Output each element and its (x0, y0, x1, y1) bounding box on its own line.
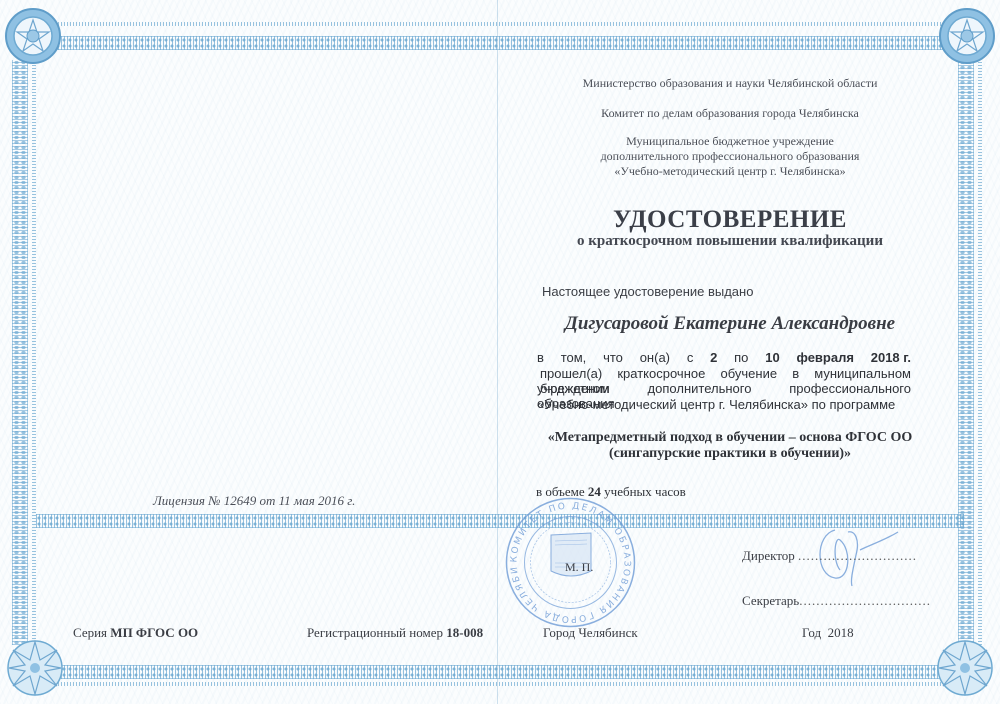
fold-line (497, 0, 498, 704)
stamp-place-label: М. П. (565, 560, 593, 575)
corner-rosette-icon (937, 6, 997, 66)
secretary-label: Секретарь (742, 593, 799, 608)
word: в (537, 350, 544, 365)
word: по (734, 350, 748, 365)
director-label: Директор (742, 548, 795, 563)
word: том, (561, 350, 587, 365)
director-line: Директор ............................ (742, 548, 917, 564)
year-label: Год (802, 625, 821, 640)
reg-value: 18-008 (446, 625, 483, 640)
word: что (603, 350, 623, 365)
word: с (687, 350, 694, 365)
program-title: «Метапредметный подход в обучении – осно… (530, 430, 930, 462)
institution-line: дополнительного профессионального образо… (540, 149, 920, 164)
signature-dots: ............................... (799, 593, 931, 608)
border-right-thin (978, 60, 982, 645)
border-bottom-thin (55, 682, 945, 686)
reg-label: Регистрационный номер (307, 625, 443, 640)
month: февраля (796, 350, 853, 365)
start-day: 2 (710, 350, 717, 365)
committee-name: Комитет по делам образования города Челя… (540, 106, 920, 121)
institution-name: Муниципальное бюджетное учреждение допол… (540, 134, 920, 179)
program-line: «Метапредметный подход в обучении – осно… (530, 430, 930, 446)
registration-number: Регистрационный номер 18-008 (307, 625, 483, 641)
border-left (12, 60, 28, 645)
training-dates-line: в том, что он(а) с 2 по 10 февраля 2018 … (537, 350, 911, 365)
institution-line: «Учебно-методический центр г. Челябинска… (540, 164, 920, 179)
border-bottom (55, 665, 945, 679)
issued-label: Настоящее удостоверение выдано (542, 284, 753, 299)
border-top (55, 36, 945, 50)
recipient-name: Дигусаровой Екатерине Александровне (530, 313, 930, 335)
city: Город Челябинск (543, 625, 638, 641)
program-line: (сингапурские практики в обучении)» (530, 446, 930, 462)
institution-line: Муниципальное бюджетное учреждение (540, 134, 920, 149)
end-day: 10 (765, 350, 779, 365)
corner-rosette-icon (3, 6, 63, 66)
corner-star-rosette-icon (935, 638, 995, 698)
year: 2018 г. (871, 350, 911, 365)
license-info: Лицензия № 12649 от 11 мая 2016 г. (153, 493, 355, 509)
series-value: МП ФГОС ОО (110, 625, 198, 640)
training-line-4: «Учебно-методический центр г. Челябинска… (537, 397, 911, 412)
issue-year: Год 2018 (802, 625, 854, 641)
secretary-line: Секретарь............................... (742, 593, 931, 609)
year-value: 2018 (828, 625, 854, 640)
border-left-thin (32, 60, 36, 645)
series-info: Серия МП ФГОС ОО (73, 625, 198, 641)
document-subtitle: о краткосрочном повышении квалификации (530, 233, 930, 250)
border-top-thin (55, 22, 945, 26)
border-right (958, 60, 974, 645)
series-label: Серия (73, 625, 107, 640)
document-title: УДОСТОВЕРЕНИЕ (530, 206, 930, 234)
ministry-name: Министерство образования и науки Челябин… (540, 76, 920, 91)
certificate-sheet: Министерство образования и науки Челябин… (0, 0, 1000, 704)
signature-dots: ............................ (798, 548, 917, 563)
word: он(а) (640, 350, 670, 365)
corner-star-rosette-icon (5, 638, 65, 698)
